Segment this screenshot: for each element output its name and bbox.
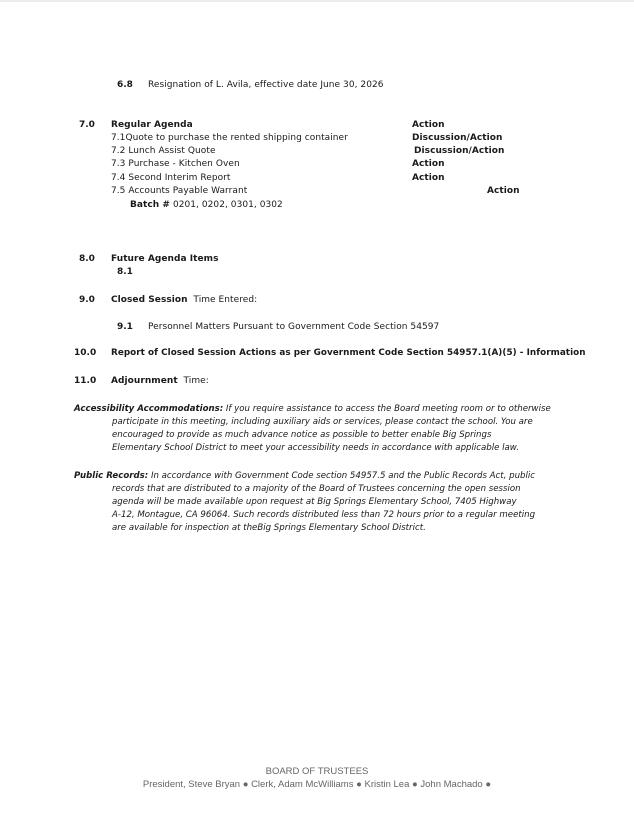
agenda-item-7-2: 7.2 Lunch Assist Quote — [111, 145, 216, 157]
page-top-edge — [0, 0, 634, 2]
item-6-8-number: 6.8 — [117, 80, 133, 90]
public-records-line-2: records that are distributed to a majori… — [74, 483, 535, 496]
agenda-item-7-4: 7.4 Second Interim Report — [111, 172, 231, 184]
section-10-number: 10.0 — [74, 348, 96, 358]
section-11-line: Adjournment Time: — [111, 375, 209, 387]
item-6-8-text: Resignation of L. Avila, effective date … — [148, 79, 384, 91]
accessibility-line-2: participate in this meeting, including a… — [74, 416, 551, 429]
agenda-item-7-5: 7.5 Accounts Payable Warrant — [111, 185, 247, 197]
section-7-title-action: Action — [412, 119, 445, 131]
agenda-item-7-2-action: Discussion/Action — [414, 145, 504, 157]
agenda-item-7-5-action: Action — [487, 185, 520, 197]
section-11-title: Adjournment — [111, 376, 178, 386]
section-7-number: 7.0 — [79, 120, 95, 130]
section-9-title: Closed Session — [111, 295, 188, 305]
public-records-notice: Public Records: In accordance with Gover… — [74, 470, 535, 535]
batch-line: Batch # 0201, 0202, 0301, 0302 — [130, 199, 283, 211]
section-9-number: 9.0 — [79, 295, 95, 305]
section-11-time-label: Time: — [184, 376, 209, 386]
section-9-time-label: Time Entered: — [193, 295, 257, 305]
agenda-item-7-3: 7.3 Purchase - Kitchen Oven — [111, 158, 240, 170]
accessibility-notice: Accessibility Accommodations: If you req… — [74, 403, 551, 455]
section-11-number: 11.0 — [74, 376, 96, 386]
section-10-title: Report of Closed Session Actions as per … — [111, 347, 586, 359]
accessibility-line-3: encouraged to provide as much advance no… — [74, 429, 551, 442]
item-8-1-number: 8.1 — [117, 267, 133, 277]
section-8-number: 8.0 — [79, 254, 95, 264]
footer-title: BOARD OF TRUSTEES — [0, 766, 634, 778]
accessibility-label: Accessibility Accommodations: — [74, 404, 223, 414]
public-records-line-1: In accordance with Government Code secti… — [151, 471, 535, 481]
agenda-item-7-1: 7.1Quote to purchase the rented shipping… — [111, 132, 348, 144]
agenda-item-7-4-action: Action — [412, 172, 445, 184]
public-records-line-3: agenda will be made available upon reque… — [74, 496, 535, 509]
batch-values: 0201, 0202, 0301, 0302 — [173, 200, 283, 210]
batch-label: Batch # — [130, 200, 170, 210]
footer-members: President, Steve Bryan ● Clerk, Adam McW… — [0, 779, 634, 791]
item-9-1-text: Personnel Matters Pursuant to Government… — [148, 321, 439, 333]
public-records-line-5: are available for inspection at theBig S… — [74, 522, 535, 535]
accessibility-line-1: If you require assistance to access the … — [226, 404, 551, 414]
section-9-line: Closed Session Time Entered: — [111, 294, 257, 306]
public-records-label: Public Records: — [74, 471, 148, 481]
section-7-title: Regular Agenda — [111, 119, 193, 131]
section-8-title: Future Agenda Items — [111, 253, 219, 265]
agenda-item-7-3-action: Action — [412, 158, 445, 170]
public-records-line-4: A-12, Montague, CA 96064. Such records d… — [74, 509, 535, 522]
accessibility-line-4: Elementary School District to meet your … — [74, 442, 551, 455]
item-9-1-number: 9.1 — [117, 322, 133, 332]
agenda-item-7-1-action: Discussion/Action — [412, 132, 502, 144]
